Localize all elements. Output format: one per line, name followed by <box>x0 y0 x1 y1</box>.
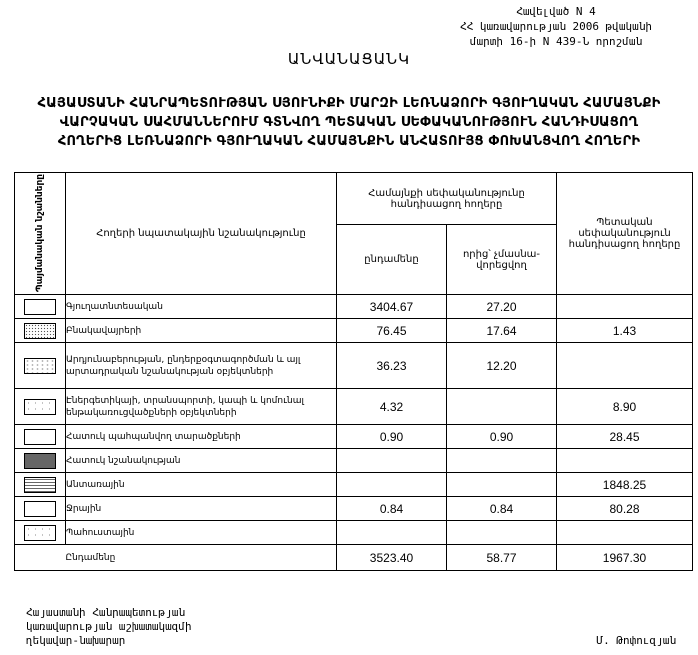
state-land: 1848.25 <box>557 473 693 497</box>
state-land: 1.43 <box>557 319 693 343</box>
legend-swatch-icon <box>24 501 56 517</box>
category-label: Հատուկ պահպանվող տարածքների <box>66 425 337 449</box>
annex-reference: Հավելված N 4 ՀՀ կառավարության 2006 թվակա… <box>436 4 676 49</box>
category-label: Ջրային <box>66 497 337 521</box>
signatory-title: Հայաստանի Հանրապետության կառավարության ա… <box>26 606 192 648</box>
annex-decree: ՀՀ կառավարության 2006 թվականի <box>436 19 676 34</box>
state-land <box>557 521 693 545</box>
header-state-land: Պետական սեփականություն հանդիսացող հողերը <box>557 173 693 295</box>
legend-swatch-icon <box>24 477 56 493</box>
land-table: Պայմանական նշանները Հողերի նպատակային նշ… <box>14 172 693 571</box>
state-land: 28.45 <box>557 425 693 449</box>
subtitle-line-2: ՎԱՐՉԱԿԱՆ ՍԱՀՄԱՆՆԵՐՈՒՄ ԳՏՆՎՈՂ ՊԵՏԱԿԱՆ ՍԵՓ… <box>0 113 698 132</box>
totals-swatch-cell <box>15 545 66 571</box>
community-total <box>337 473 447 497</box>
document-title: ԱՆՎԱՆԱՑԱՆԿ <box>0 50 698 68</box>
category-label: Անտառային <box>66 473 337 497</box>
legend-swatch-cell <box>15 449 66 473</box>
table-row: Պահուստային <box>15 521 693 545</box>
community-total: 3404.67 <box>337 295 447 319</box>
state-land <box>557 295 693 319</box>
totals-row: Ընդամենը 3523.40 58.77 1967.30 <box>15 545 693 571</box>
header-purpose: Հողերի նպատակային նշանակությունը <box>66 173 337 295</box>
legend-swatch-cell <box>15 319 66 343</box>
category-label: Հատուկ նշանակության <box>66 449 337 473</box>
legend-swatch-cell <box>15 425 66 449</box>
table-row: Արդյունաբերության, ընդերքօգտագործման և ա… <box>15 343 693 389</box>
totals-privatized: 58.77 <box>447 545 557 571</box>
legend-swatch-icon <box>24 429 56 445</box>
category-label: Արդյունաբերության, ընդերքօգտագործման և ա… <box>66 343 337 389</box>
state-land <box>557 343 693 389</box>
totals-total: 3523.40 <box>337 545 447 571</box>
community-total: 76.45 <box>337 319 447 343</box>
community-privatized: 0.90 <box>447 425 557 449</box>
subtitle-line-1: ՀԱՅԱՍՏԱՆԻ ՀԱՆՐԱՊԵՏՈՒԹՅԱՆ ՍՅՈՒՆԻՔԻ ՄԱՐԶԻ … <box>0 94 698 113</box>
legend-swatch-cell <box>15 521 66 545</box>
signatory-name: Մ. Թոփուզյան <box>597 634 676 647</box>
community-privatized: 12.20 <box>447 343 557 389</box>
signatory-line-2: կառավարության աշխատակազմի <box>26 620 192 634</box>
community-privatized <box>447 473 557 497</box>
legend-swatch-icon <box>24 453 56 469</box>
table-row: Անտառային 1848.25 <box>15 473 693 497</box>
community-privatized: 0.84 <box>447 497 557 521</box>
community-total: 0.84 <box>337 497 447 521</box>
header-total: ընդամենը <box>337 225 447 295</box>
community-total: 36.23 <box>337 343 447 389</box>
table-row: Գյուղատնտեսական 3404.67 27.20 <box>15 295 693 319</box>
legend-swatch-icon <box>24 323 56 339</box>
header-privatized: որից՝ չմասնա-վորեցվող <box>447 225 557 295</box>
community-total: 0.90 <box>337 425 447 449</box>
community-total <box>337 449 447 473</box>
legend-swatch-cell <box>15 343 66 389</box>
signatory-line-1: Հայաստանի Հանրապետության <box>26 606 192 620</box>
community-total: 4.32 <box>337 389 447 425</box>
header-legend-text: Պայմանական նշանները <box>34 174 46 292</box>
legend-swatch-icon <box>24 358 56 374</box>
subtitle-line-3: ՀՈՂԵՐԻՑ ԼԵՌՆԱՁՈՐԻ ԳՅՈՒՂԱԿԱՆ ՀԱՄԱՅՆՔԻՆ ԱՆ… <box>0 132 698 151</box>
header-community-land: Համայնքի սեփականությունը հանդիսացող հողե… <box>337 173 557 225</box>
totals-label: Ընդամենը <box>66 545 337 571</box>
category-label: Գյուղատնտեսական <box>66 295 337 319</box>
annex-decree-date: մարտի 16-ի N 439-Ն որոշման <box>436 34 676 49</box>
community-total <box>337 521 447 545</box>
community-privatized <box>447 389 557 425</box>
annex-number: Հավելված N 4 <box>436 4 676 19</box>
category-label: Բնակավայրերի <box>66 319 337 343</box>
legend-swatch-cell <box>15 497 66 521</box>
legend-swatch-icon <box>24 525 56 541</box>
table-row: Հատուկ պահպանվող տարածքների 0.90 0.90 28… <box>15 425 693 449</box>
legend-swatch-cell <box>15 295 66 319</box>
state-land <box>557 449 693 473</box>
category-label: Պահուստային <box>66 521 337 545</box>
document-subtitle: ՀԱՅԱՍՏԱՆԻ ՀԱՆՐԱՊԵՏՈՒԹՅԱՆ ՍՅՈՒՆԻՔԻ ՄԱՐԶԻ … <box>0 94 698 151</box>
table-row: Էներգետիկայի, տրանսպորտի, կապի և կոմունա… <box>15 389 693 425</box>
community-privatized: 17.64 <box>447 319 557 343</box>
header-legend: Պայմանական նշանները <box>15 173 66 295</box>
category-label: Էներգետիկայի, տրանսպորտի, կապի և կոմունա… <box>66 389 337 425</box>
table-row: Ջրային 0.84 0.84 80.28 <box>15 497 693 521</box>
legend-swatch-cell <box>15 473 66 497</box>
legend-swatch-cell <box>15 389 66 425</box>
community-privatized <box>447 521 557 545</box>
table-row: Հատուկ նշանակության <box>15 449 693 473</box>
legend-swatch-icon <box>24 399 56 415</box>
totals-state: 1967.30 <box>557 545 693 571</box>
signatory-line-3: ղեկավար-նախարար <box>26 634 192 648</box>
table-row: Բնակավայրերի 76.45 17.64 1.43 <box>15 319 693 343</box>
legend-swatch-icon <box>24 299 56 315</box>
state-land: 8.90 <box>557 389 693 425</box>
community-privatized: 27.20 <box>447 295 557 319</box>
community-privatized <box>447 449 557 473</box>
state-land: 80.28 <box>557 497 693 521</box>
